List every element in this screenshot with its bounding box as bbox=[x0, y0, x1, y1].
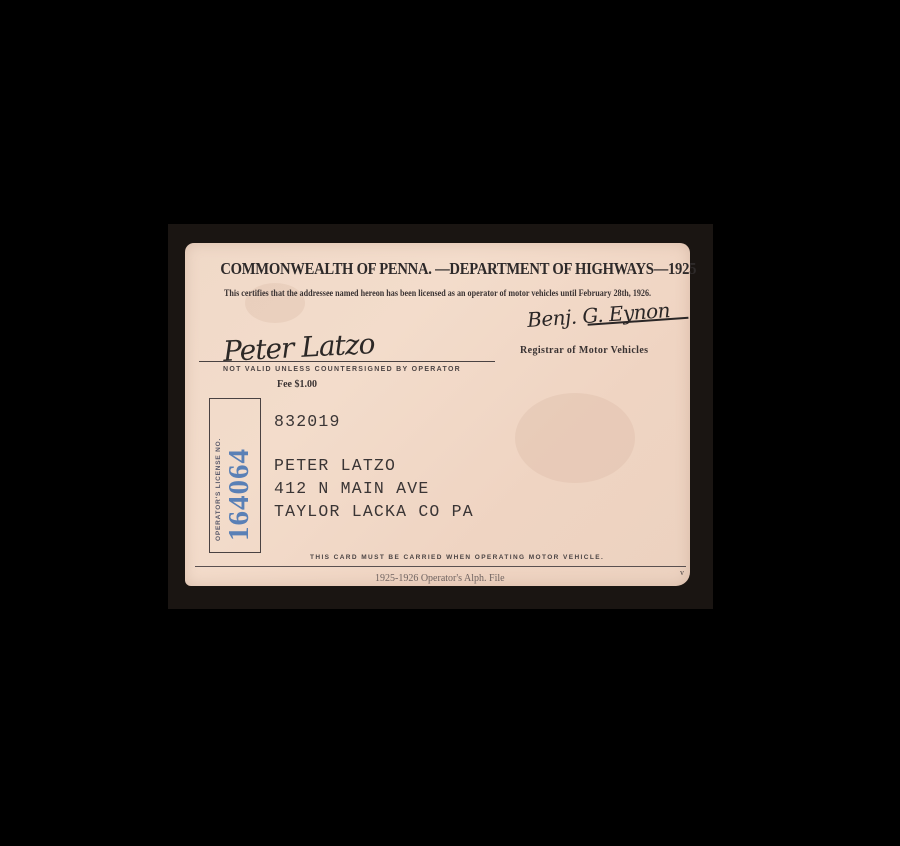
license-number-box: OPERATOR'S LICENSE NO. 164064 bbox=[209, 398, 261, 553]
file-label: 1925-1926 Operator's Alph. File bbox=[375, 573, 505, 584]
countersign-notice: NOT VALID UNLESS COUNTERSIGNED BY OPERAT… bbox=[223, 366, 461, 373]
signature-line bbox=[199, 361, 495, 362]
registrar-label: Registrar of Motor Vehicles bbox=[520, 345, 648, 356]
registrar-signature: Benj. G. Eynon bbox=[526, 298, 670, 332]
card-title: COMMONWEALTH OF PENNA. —DEPARTMENT OF HI… bbox=[220, 259, 654, 279]
corner-mark: v bbox=[680, 568, 684, 577]
holder-name: PETER LATZO bbox=[274, 456, 396, 475]
license-number-label: OPERATOR'S LICENSE NO. bbox=[215, 438, 222, 541]
carry-notice: THIS CARD MUST BE CARRIED WHEN OPERATING… bbox=[310, 554, 604, 561]
address-line-2: TAYLOR LACKA CO PA bbox=[274, 502, 474, 521]
paper-stain bbox=[515, 393, 635, 483]
account-number: 832019 bbox=[274, 412, 341, 431]
drivers-license-card: COMMONWEALTH OF PENNA. —DEPARTMENT OF HI… bbox=[185, 243, 690, 586]
bottom-rule bbox=[195, 566, 686, 567]
address-line-1: 412 N MAIN AVE bbox=[274, 479, 429, 498]
license-number: 164064 bbox=[224, 448, 254, 541]
certification-text: This certifies that the addressee named … bbox=[210, 288, 665, 298]
fee-label: Fee $1.00 bbox=[277, 379, 317, 390]
